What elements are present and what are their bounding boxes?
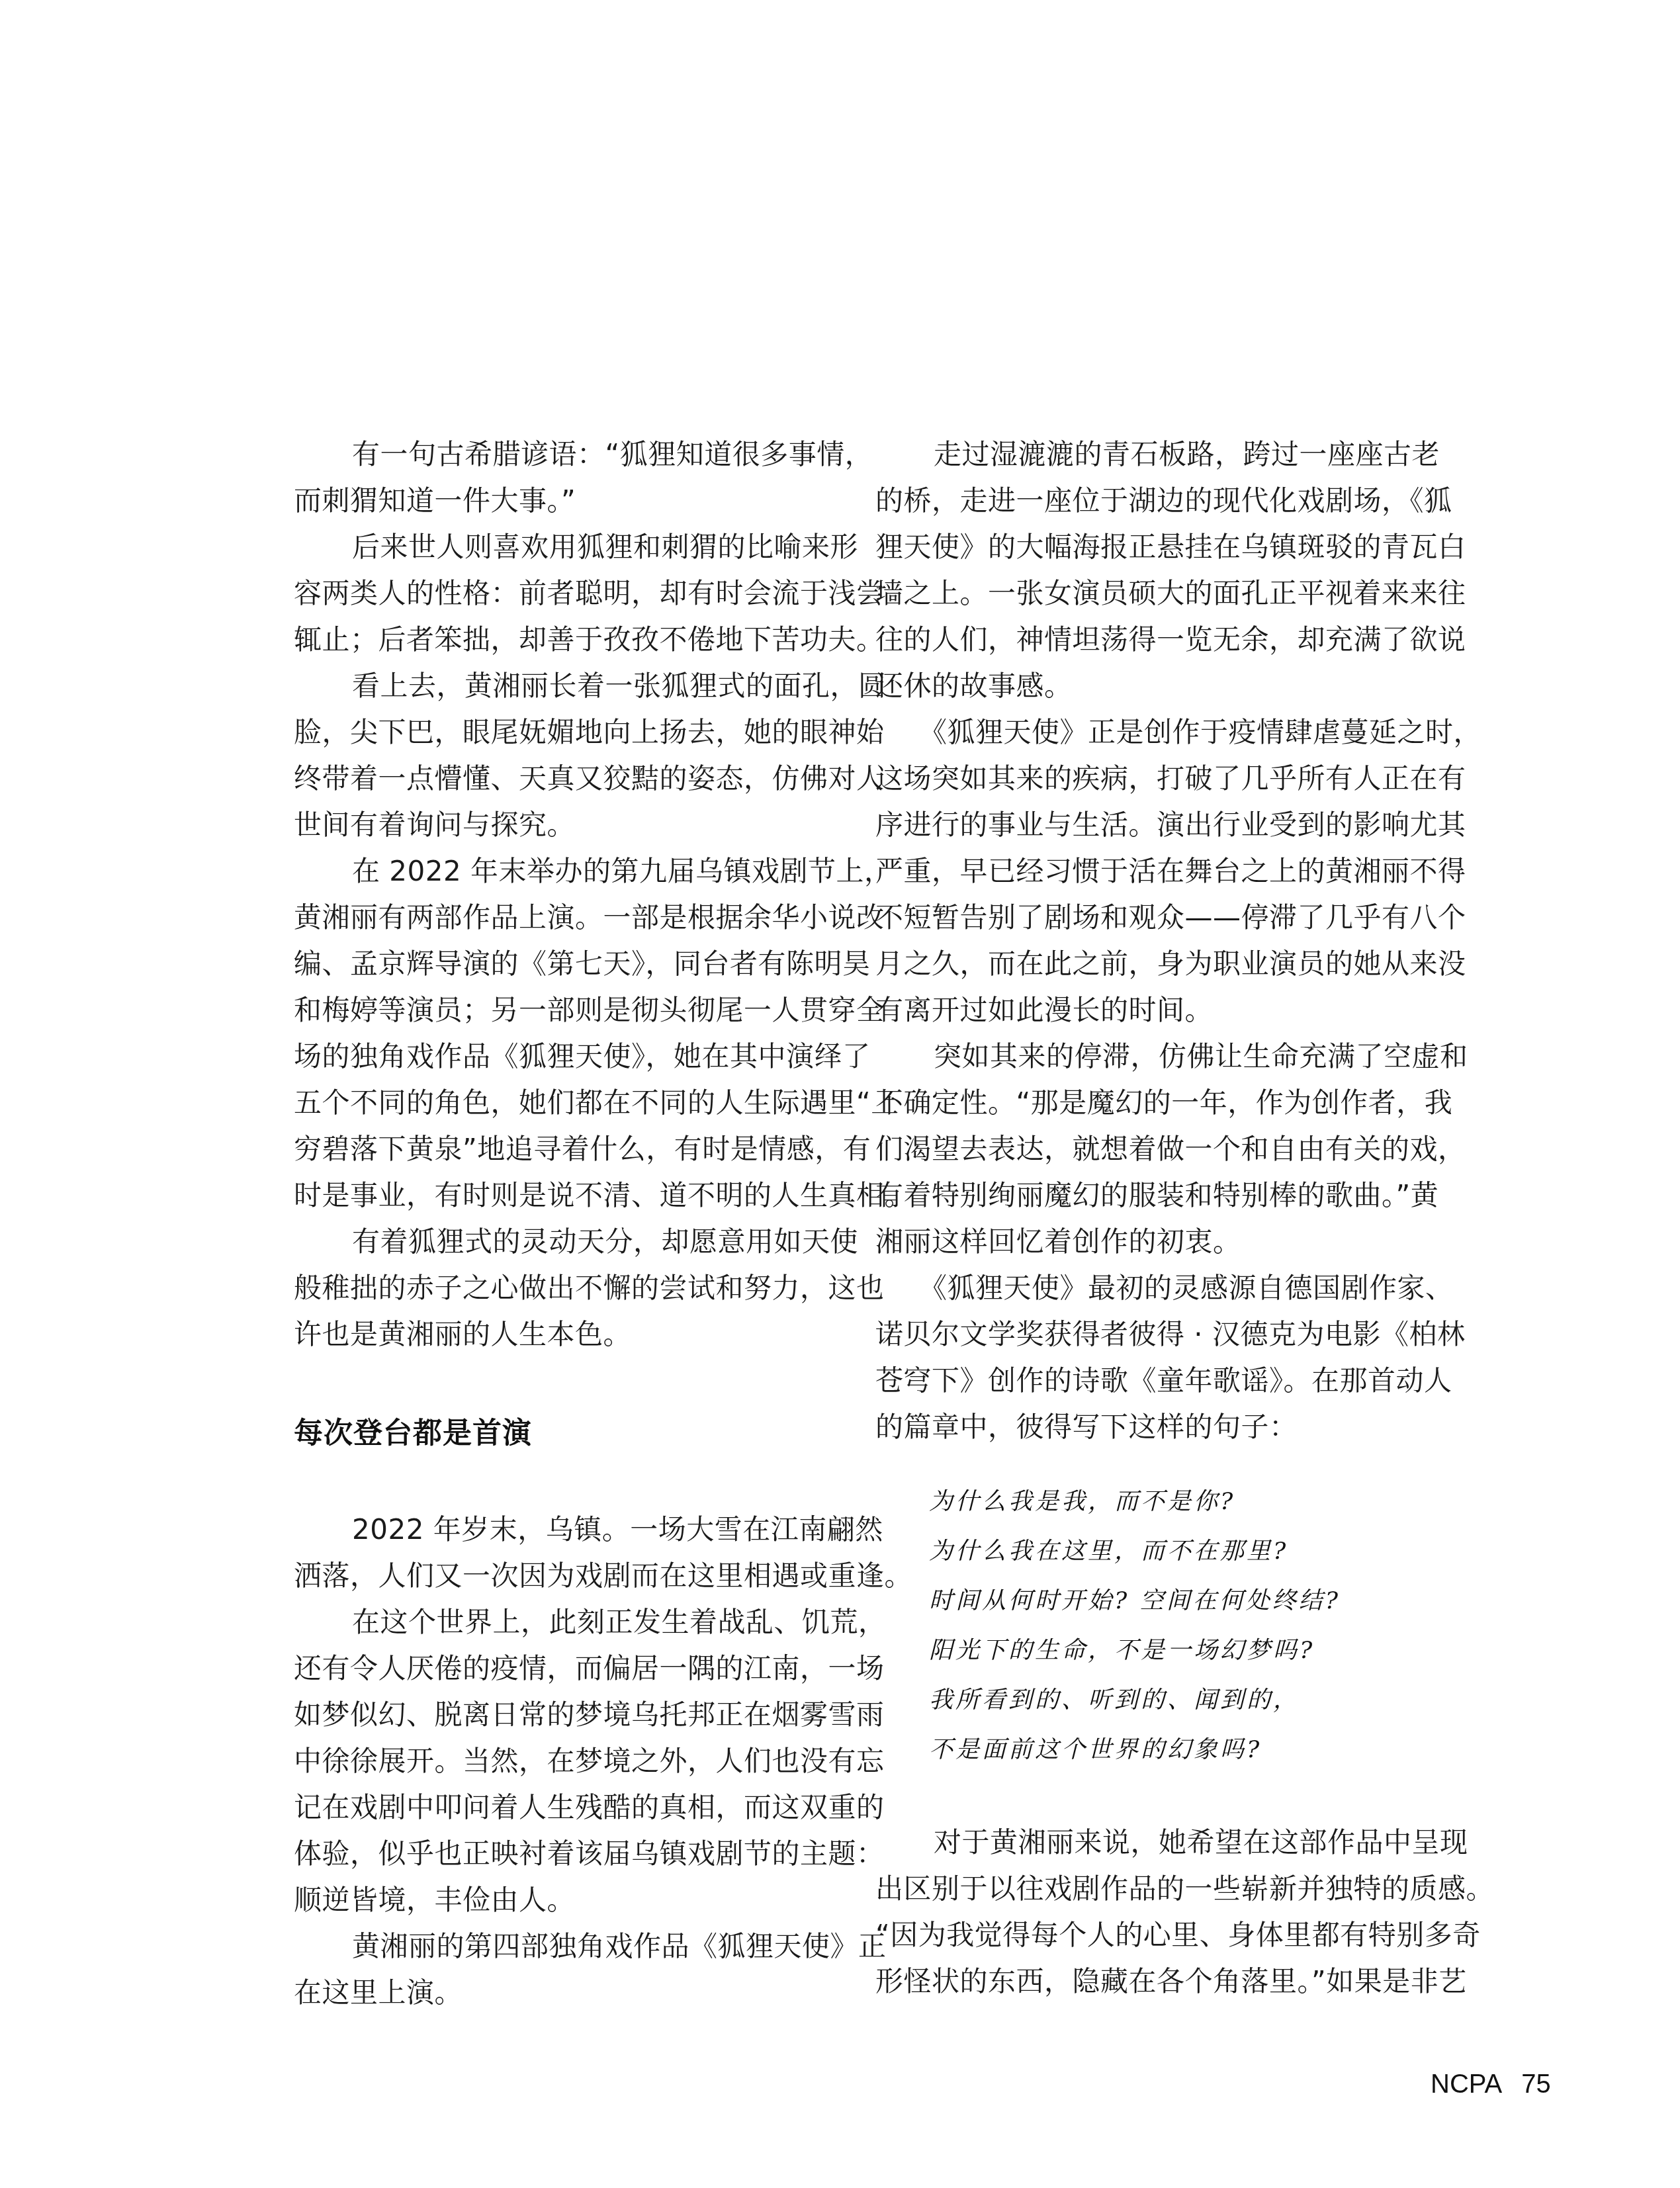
text-line: 《狐狸天使》最初的灵感源自德国剧作家、 (875, 1265, 1414, 1311)
paragraph: 有着狐狸式的灵动天分，却愿意用如天使 般稚拙的赤子之心做出不懈的尝试和努力，这也… (294, 1219, 831, 1358)
paragraph: 走过湿漉漉的青石板路，跨过一座座古老 的桥，走进一座位于湖边的现代化戏剧场，《狐… (875, 431, 1414, 709)
text-line: 狸天使》的大幅海报正悬挂在乌镇斑驳的青瓦白 (875, 524, 1414, 570)
text-line: 有着狐狸式的灵动天分，却愿意用如天使 (294, 1219, 831, 1265)
text-line: 记在戏剧中叩问着人生残酷的真相，而这双重的 (294, 1784, 831, 1831)
text-line: 如梦似幻、脱离日常的梦境乌托邦正在烟雾雪雨 (294, 1692, 831, 1738)
text-line: 这场突如其来的疾病，打破了几乎所有人正在有 (875, 756, 1414, 802)
spacer (875, 1450, 1414, 1477)
text-line: 穷碧落下黄泉”地追寻着什么，有时是情感，有 (294, 1126, 831, 1172)
paragraph: 突如其来的停滞，仿佛让生命充满了空虚和 不确定性。“那是魔幻的一年，作为创作者，… (875, 1033, 1414, 1265)
text-line: 走过湿漉漉的青石板路，跨过一座座古老 (875, 431, 1414, 478)
poem-line: 阳光下的生命，不是一场幻梦吗? (929, 1626, 1414, 1675)
text-line: 黄湘丽有两部作品上演。一部是根据余华小说改 (294, 895, 831, 941)
text-line: 许也是黄湘丽的人生本色。 (294, 1311, 831, 1358)
text-line: 月之久，而在此之前，身为职业演员的她从来没 (875, 941, 1414, 987)
paragraph: 有一句古希腊谚语：“狐狸知道很多事情， 而刺猬知道一件大事。” (294, 431, 831, 524)
text-line: 黄湘丽的第四部独角戏作品《狐狸天使》正 (294, 1923, 831, 1970)
text-line: 有着特别绚丽魔幻的服装和特别棒的歌曲。”黄 (875, 1172, 1414, 1219)
left-column: 有一句古希腊谚语：“狐狸知道很多事情， 而刺猬知道一件大事。” 后来世人则喜欢用… (294, 431, 831, 2016)
text-line: 体验，似乎也正映衬着该届乌镇戏剧节的主题： (294, 1831, 831, 1877)
text-line: 的桥，走进一座位于湖边的现代化戏剧场，《狐 (875, 478, 1414, 524)
page-number: 75 (1521, 2070, 1551, 2099)
poem-line: 我所看到的、听到的、闻到的， (929, 1675, 1414, 1725)
text-line: 苍穹下》创作的诗歌《童年歌谣》。在那首动人 (875, 1358, 1414, 1404)
text-line: “因为我觉得每个人的心里、身体里都有特别多奇 (875, 1912, 1414, 1958)
text-line: 不短暂告别了剧场和观众——停滞了几乎有八个 (875, 895, 1414, 941)
text-line: 形怪状的东西，隐藏在各个角落里。”如果是非艺 (875, 1958, 1414, 2005)
text-line: 《狐狸天使》正是创作于疫情肆虐蔓延之时， (875, 709, 1414, 756)
text-line: 对于黄湘丽来说，她希望在这部作品中呈现 (875, 1819, 1414, 1866)
text-line: 般稚拙的赤子之心做出不懈的尝试和努力，这也 (294, 1265, 831, 1311)
text-line: 场的独角戏作品《狐狸天使》，她在其中演绎了 (294, 1033, 831, 1080)
text-line: 容两类人的性格：前者聪明，却有时会流于浅尝 (294, 570, 831, 617)
poem-quote: 为什么我是我，而不是你? 为什么我在这里，而不在那里? 时间从何时开始? 空间在… (875, 1477, 1414, 1774)
text-line: 世间有着询问与探究。 (294, 802, 831, 848)
paragraph: 《狐狸天使》最初的灵感源自德国剧作家、 诺贝尔文学奖获得者彼得 · 汉德克为电影… (875, 1265, 1414, 1450)
text-line: 和梅婷等演员；另一部则是彻头彻尾一人贯穿全 (294, 987, 831, 1033)
text-line: 2022 年岁末，乌镇。一场大雪在江南翩然 (294, 1507, 831, 1553)
spacer (294, 1457, 831, 1507)
text-line: 终带着一点懵懂、天真又狡黠的姿态，仿佛对人 (294, 756, 831, 802)
spacer (294, 1358, 831, 1411)
page-folio: NCPA 75 (1431, 2070, 1551, 2099)
text-line: 诺贝尔文学奖获得者彼得 · 汉德克为电影《柏林 (875, 1311, 1414, 1358)
text-line: 有离开过如此漫长的时间。 (875, 987, 1414, 1033)
text-line: 在这里上演。 (294, 1970, 831, 2016)
text-line: 洒落，人们又一次因为戏剧而在这里相遇或重逢。 (294, 1553, 831, 1599)
text-line: 不确定性。“那是魔幻的一年，作为创作者，我 (875, 1080, 1414, 1126)
paragraph: 对于黄湘丽来说，她希望在这部作品中呈现 出区别于以往戏剧作品的一些崭新并独特的质… (875, 1819, 1414, 2005)
poem-line: 时间从何时开始? 空间在何处终结? (929, 1576, 1414, 1626)
text-line: 严重，早已经习惯于活在舞台之上的黄湘丽不得 (875, 848, 1414, 895)
spacer (875, 1774, 1414, 1819)
text-line: 编、孟京辉导演的《第七天》，同台者有陈明昊 (294, 941, 831, 987)
text-line: 突如其来的停滞，仿佛让生命充满了空虚和 (875, 1033, 1414, 1080)
paragraph: 在 2022 年末举办的第九届乌镇戏剧节上， 黄湘丽有两部作品上演。一部是根据余… (294, 848, 831, 1219)
poem-line: 为什么我在这里，而不在那里? (929, 1526, 1414, 1576)
right-column: 走过湿漉漉的青石板路，跨过一座座古老 的桥，走进一座位于湖边的现代化戏剧场，《狐… (875, 431, 1414, 2005)
paragraph: 《狐狸天使》正是创作于疫情肆虐蔓延之时， 这场突如其来的疾病，打破了几乎所有人正… (875, 709, 1414, 1033)
paragraph: 黄湘丽的第四部独角戏作品《狐狸天使》正 在这里上演。 (294, 1923, 831, 2016)
publication-name: NCPA (1431, 2070, 1502, 2099)
text-line: 时是事业，有时则是说不清、道不明的人生真相。 (294, 1172, 831, 1219)
paragraph: 后来世人则喜欢用狐狸和刺猬的比喻来形 容两类人的性格：前者聪明，却有时会流于浅尝… (294, 524, 831, 663)
text-line: 出区别于以往戏剧作品的一些崭新并独特的质感。 (875, 1866, 1414, 1912)
text-line: 的篇章中，彼得写下这样的句子： (875, 1404, 1414, 1450)
text-line: 辄止；后者笨拙，却善于孜孜不倦地下苦功夫。 (294, 617, 831, 663)
text-line: 有一句古希腊谚语：“狐狸知道很多事情， (294, 431, 831, 478)
text-line: 往的人们，神情坦荡得一览无余，却充满了欲说 (875, 617, 1414, 663)
paragraph: 看上去，黄湘丽长着一张狐狸式的面孔，圆 脸，尖下巴，眼尾妩媚地向上扬去，她的眼神… (294, 663, 831, 848)
poem-line: 为什么我是我，而不是你? (929, 1477, 1414, 1526)
text-line: 后来世人则喜欢用狐狸和刺猬的比喻来形 (294, 524, 831, 570)
text-line: 看上去，黄湘丽长着一张狐狸式的面孔，圆 (294, 663, 831, 709)
text-line: 在 2022 年末举办的第九届乌镇戏剧节上， (294, 848, 831, 895)
text-line: 中徐徐展开。当然，在梦境之外，人们也没有忘 (294, 1738, 831, 1784)
text-line: 五个不同的角色，她们都在不同的人生际遇里“上 (294, 1080, 831, 1126)
text-line: 湘丽这样回忆着创作的初衷。 (875, 1219, 1414, 1265)
text-line: 而刺猬知道一件大事。” (294, 478, 831, 524)
text-line: 在这个世界上，此刻正发生着战乱、饥荒， (294, 1599, 831, 1645)
text-line: 序进行的事业与生活。演出行业受到的影响尤其 (875, 802, 1414, 848)
text-line: 顺逆皆境，丰俭由人。 (294, 1877, 831, 1923)
text-line: 还有令人厌倦的疫情，而偏居一隅的江南，一场 (294, 1645, 831, 1692)
paragraph: 2022 年岁末，乌镇。一场大雪在江南翩然 洒落，人们又一次因为戏剧而在这里相遇… (294, 1507, 831, 1599)
text-line: 还休的故事感。 (875, 663, 1414, 709)
paragraph: 在这个世界上，此刻正发生着战乱、饥荒， 还有令人厌倦的疫情，而偏居一隅的江南，一… (294, 1599, 831, 1923)
section-heading: 每次登台都是首演 (294, 1411, 831, 1457)
poem-line: 不是面前这个世界的幻象吗? (929, 1725, 1414, 1774)
text-line: 们渴望去表达，就想着做一个和自由有关的戏， (875, 1126, 1414, 1172)
text-line: 脸，尖下巴，眼尾妩媚地向上扬去，她的眼神始 (294, 709, 831, 756)
text-line: 墙之上。一张女演员硕大的面孔正平视着来来往 (875, 570, 1414, 617)
